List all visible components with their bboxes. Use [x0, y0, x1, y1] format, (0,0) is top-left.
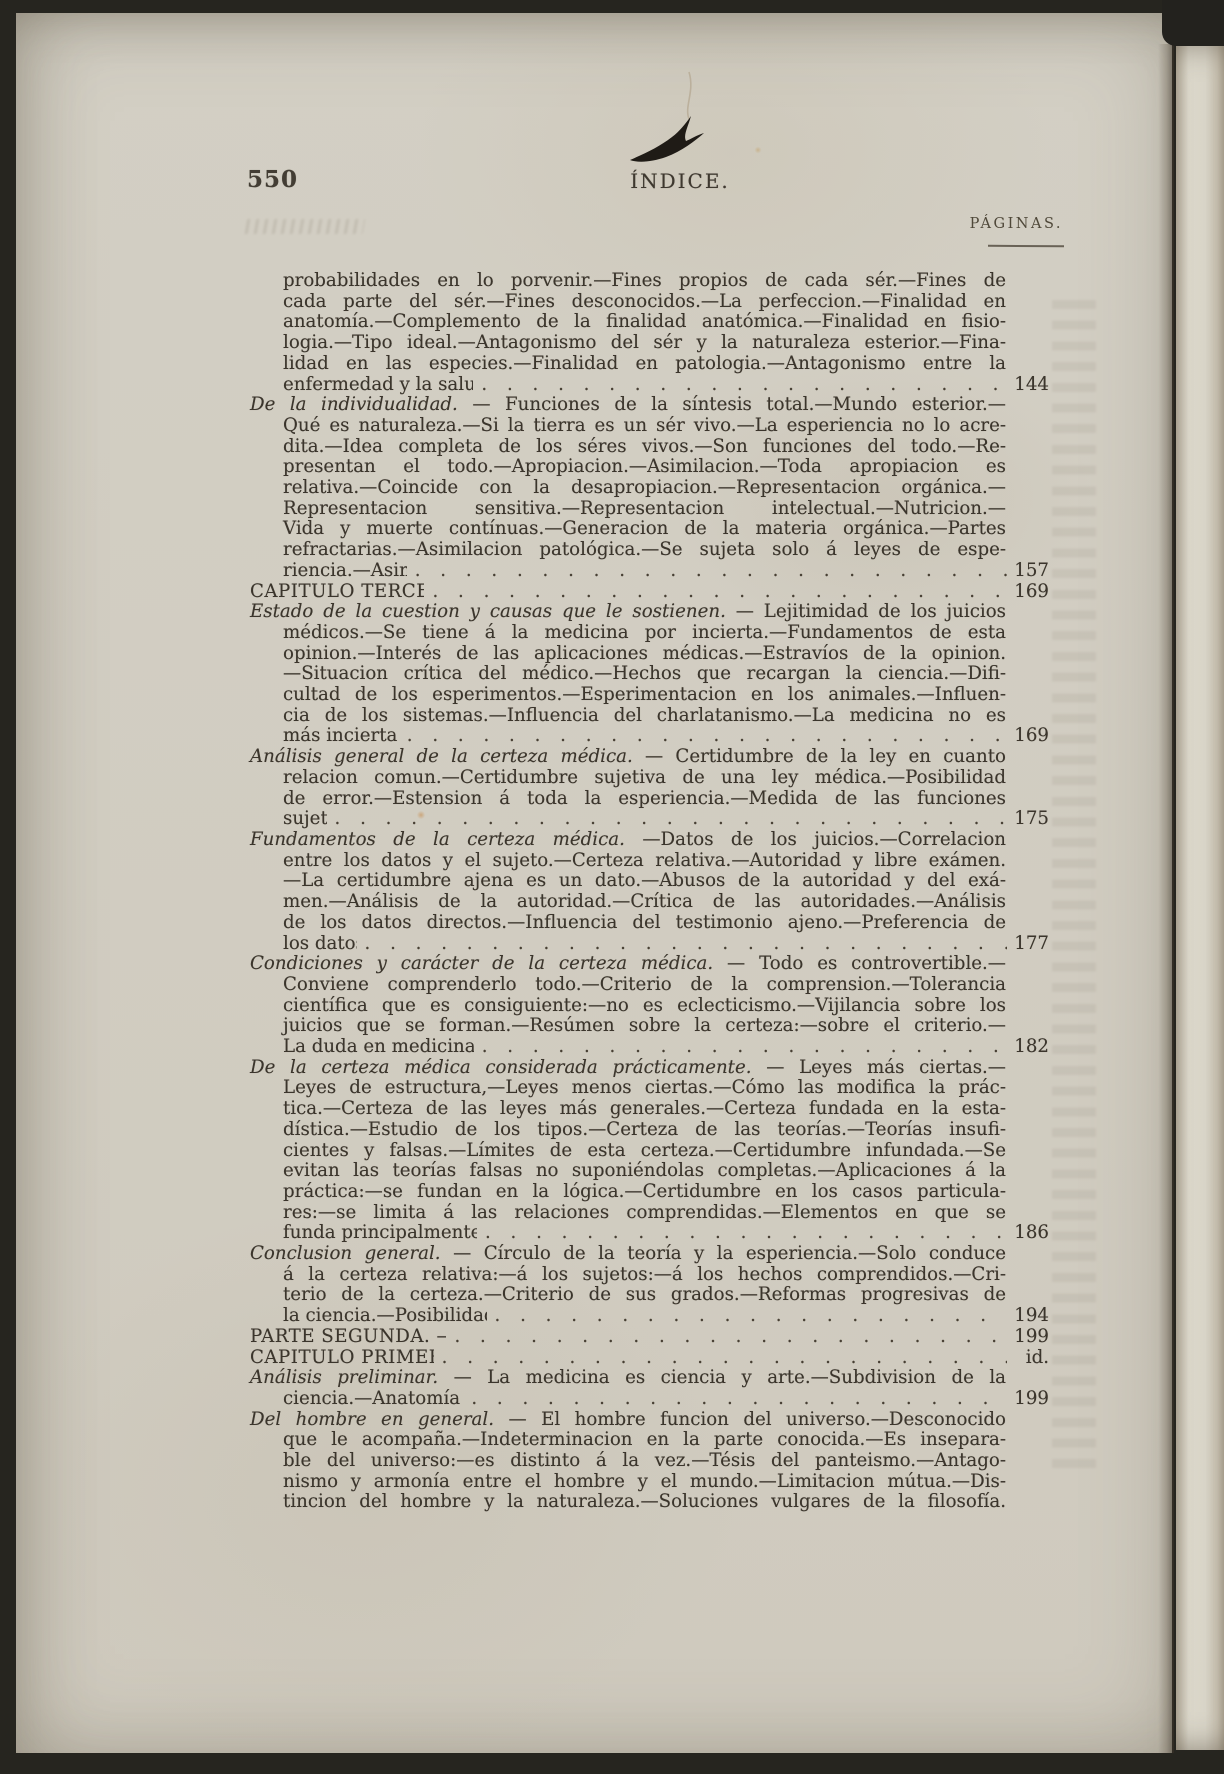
toc-line: probabilidades en lo porvenir.—Fines pro… — [283, 271, 1049, 292]
dot-leader: . . . . . . . . . . . . . . . . . . . . … — [454, 1327, 1007, 1348]
toc-line: médicos.—Se tiene á la medicina por inci… — [283, 623, 1049, 644]
toc-entries: probabilidades en lo porvenir.—Fines pro… — [250, 271, 1049, 1513]
toc-line: dita.—Idea completa de los séres vivos.—… — [283, 437, 1049, 458]
scanned-book-page: 550 ÍNDICE. PÁGINAS. probabilidades en l… — [0, 0, 1224, 1774]
page-number: 169 — [1009, 726, 1049, 747]
dot-leader: . . . . . . . . . . . . . . . . . . . . … — [442, 1348, 1007, 1369]
toc-line: Conclusion general. — Círculo de la teor… — [283, 1244, 1049, 1265]
toc-line: relativa.—Coincide con la desapropiacion… — [283, 478, 1049, 499]
toc-line: científica que es consiguiente:—no es ec… — [283, 996, 1049, 1017]
page-number: 157 — [1009, 561, 1049, 582]
toc-line: refractarias.—Asimilacion patológica.—Se… — [283, 540, 1049, 561]
toc-line: logia.—Tipo ideal.—Antagonismo del sér y… — [283, 333, 1049, 354]
toc-line: CAPÍTULO PRIMERO.— Consideraciones gener… — [250, 1348, 1049, 1369]
folio-number: 550 — [247, 166, 298, 193]
toc-line: CAPÍTULO TERCERO. — Certeza de la medici… — [250, 582, 1049, 603]
paginas-column-header: PÁGINAS. — [950, 216, 1063, 232]
toc-line: á la certeza relativa:—á los sujetos:—á … — [283, 1265, 1049, 1286]
toc-line: —Situacion crítica del médico.—Hechos qu… — [283, 664, 1049, 685]
dot-leader: . . . . . . . . . . . . . . . . . . . . … — [407, 726, 1007, 747]
toc-line: tica.—Certeza de las leyes más generales… — [283, 1099, 1049, 1120]
dot-leader: . . . . . . . . . . . . . . . . . . . . … — [432, 582, 1007, 603]
toc-line: Estado de la cuestion y causas que le so… — [283, 602, 1049, 623]
dot-leader: . . . . . . . . . . . . . . . . . . . . … — [485, 1223, 1007, 1244]
dot-leader: . . . . . . . . . . . . . . . . . . . . … — [335, 809, 1008, 830]
toc-entry: Análisis general de la certeza médica. —… — [250, 747, 1049, 830]
toc-line: entre los datos y el sujeto.—Certeza rel… — [283, 851, 1049, 872]
toc-line: la ciencia.—Posibilidad constante de com… — [283, 1306, 1049, 1327]
toc-line: Del hombre en general. — El hombre funci… — [283, 1410, 1049, 1431]
toc-line: anatomía.—Complemento de la finalidad an… — [283, 312, 1049, 333]
toc-line: De la certeza médica considerada práctic… — [283, 1058, 1049, 1079]
toc-entry: probabilidades en lo porvenir.—Fines pro… — [250, 271, 1049, 395]
toc-line: tincion del hombre y la naturaleza.—Solu… — [283, 1492, 1049, 1513]
toc-line: cultad de los esperimentos.—Esperimentac… — [283, 685, 1049, 706]
toc-entry: Condiciones y carácter de la certeza méd… — [250, 954, 1049, 1058]
toc-line: Qué es naturaleza.—Si la tierra es un sé… — [283, 416, 1049, 437]
page-number: 144 — [1009, 375, 1049, 396]
ink-bleed-column — [1052, 300, 1096, 1480]
page-number: 175 — [1009, 809, 1049, 830]
toc-entry: CAPÍTULO PRIMERO.— Consideraciones gener… — [250, 1348, 1049, 1369]
dot-leader: . . . . . . . . . . . . . . . . . . . . … — [481, 375, 1007, 396]
toc-line: más incierta que otras ciencias. . . . .… — [283, 726, 1049, 747]
toc-line: enfermedad y la salud.—Finalidad en higi… — [283, 375, 1049, 396]
toc-line: opinion.—Interés de las aplicaciones méd… — [283, 644, 1049, 665]
toc-entry: CAPÍTULO TERCERO. — Certeza de la medici… — [250, 582, 1049, 603]
page-title: ÍNDICE. — [540, 169, 820, 193]
toc-line: evitan las teorías falsas no suponiéndol… — [283, 1161, 1049, 1182]
scan-dark-corner — [1162, 0, 1224, 46]
toc-line: nismo y armonía entre el hombre y el mun… — [283, 1472, 1049, 1493]
page-number: id. — [1009, 1348, 1049, 1369]
toc-line: ciencia.—Anatomía y fisiologia.—Higiene … — [283, 1389, 1049, 1410]
page-gutter-fold — [1158, 44, 1174, 1753]
ink-blot — [628, 70, 720, 166]
toc-line: Fundamentos de la certeza médica. —Datos… — [283, 830, 1049, 851]
dot-leader: . . . . . . . . . . . . . . . . . . . . … — [495, 1306, 1007, 1327]
page-number: 199 — [1009, 1389, 1049, 1410]
toc-line: Análisis general de la certeza médica. —… — [283, 747, 1049, 768]
toc-entry: De la individualidad. — Funciones de la … — [250, 395, 1049, 581]
page-number: 194 — [1009, 1306, 1049, 1327]
toc-line: terio de la certeza.—Criterio de sus gra… — [283, 1285, 1049, 1306]
toc-line: de error.—Estension á toda la esperienci… — [283, 789, 1049, 810]
toc-entry: PARTE SEGUNDA. — Del estudio general de … — [250, 1327, 1049, 1348]
toc-line: funda principalmente.—Hipótesis.—Certeza… — [283, 1223, 1049, 1244]
toc-line: ble del universo:—es distinto á la vez.—… — [283, 1451, 1049, 1472]
toc-line: relacion comun.—Certidumbre sujetiva de … — [283, 768, 1049, 789]
toc-line: los datos directos.. . . . . . . . . . .… — [283, 934, 1049, 955]
dot-leader: . . . . . . . . . . . . . . . . . . . . … — [365, 934, 1008, 955]
toc-line: res:—se limita á las relaciones comprend… — [283, 1203, 1049, 1224]
page-number: 186 — [1009, 1223, 1049, 1244]
toc-line: PARTE SEGUNDA. — Del estudio general de … — [250, 1327, 1049, 1348]
toc-entry: De la certeza médica considerada práctic… — [250, 1058, 1049, 1244]
toc-line: Condiciones y carácter de la certeza méd… — [283, 954, 1049, 975]
dot-leader: . . . . . . . . . . . . . . . . . . . . … — [482, 1037, 1007, 1058]
toc-line: Leyes de estructura,—Leyes menos ciertas… — [283, 1078, 1049, 1099]
page-number: 182 — [1009, 1037, 1049, 1058]
toc-line: Representacion sensitiva.—Representacion… — [283, 499, 1049, 520]
toc-line: men.—Análisis de la autoridad.—Crítica d… — [283, 892, 1049, 913]
toc-line: juicios que se forman.—Resúmen sobre la … — [283, 1016, 1049, 1037]
toc-line: La duda en medicina.—La certeza es susce… — [283, 1037, 1049, 1058]
next-page-edge — [1176, 44, 1224, 1750]
toc-line: de los datos directos.—Influencia del te… — [283, 913, 1049, 934]
ink-bleed-smudge — [245, 219, 366, 234]
page-number: 177 — [1009, 934, 1049, 955]
toc-line: Vida y muerte contínuas.—Generacion de l… — [283, 519, 1049, 540]
toc-line: Conviene comprenderlo todo.—Criterio de … — [283, 975, 1049, 996]
dot-leader: . . . . . . . . . . . . . . . . . . . . … — [415, 561, 1007, 582]
toc-entry: Fundamentos de la certeza médica. —Datos… — [250, 830, 1049, 954]
dot-leader: . . . . . . . . . . . . . . . . . . . . … — [471, 1389, 1007, 1410]
toc-line: presentan el todo.—Apropiacion.—Asimilac… — [283, 457, 1049, 478]
toc-line: que le acompaña.—Indeterminacion en la p… — [283, 1430, 1049, 1451]
toc-entry: Análisis preliminar. — La medicina es ci… — [250, 1368, 1049, 1409]
toc-line: práctica:—se fundan en la lógica.—Certid… — [283, 1182, 1049, 1203]
toc-line: riencia.—Asimilacion terapéutica.. . . .… — [283, 561, 1049, 582]
toc-line: Análisis preliminar. — La medicina es ci… — [283, 1368, 1049, 1389]
toc-line: sujetivas. . . . . . . . . . . . . . . .… — [283, 809, 1049, 830]
column-header-rule — [988, 245, 1064, 247]
toc-entry: Conclusion general. — Círculo de la teor… — [250, 1244, 1049, 1327]
toc-line: De la individualidad. — Funciones de la … — [283, 395, 1049, 416]
toc-line: cia de los sistemas.—Influencia del char… — [283, 706, 1049, 727]
toc-line: dística.—Estudio de los tipos.—Certeza d… — [283, 1120, 1049, 1141]
toc-line: lidad en las especies.—Finalidad en pato… — [283, 354, 1049, 375]
toc-entry: Del hombre en general. — El hombre funci… — [250, 1410, 1049, 1514]
page-number: 199 — [1009, 1327, 1049, 1348]
toc-line: —La certidumbre ajena es un dato.—Abusos… — [283, 871, 1049, 892]
toc-line: cada parte del sér.—Fines desconocidos.—… — [283, 292, 1049, 313]
toc-line: cientes y falsas.—Límites de esta certez… — [283, 1141, 1049, 1162]
toc-entry: Estado de la cuestion y causas que le so… — [250, 602, 1049, 747]
page-number: 169 — [1009, 582, 1049, 603]
